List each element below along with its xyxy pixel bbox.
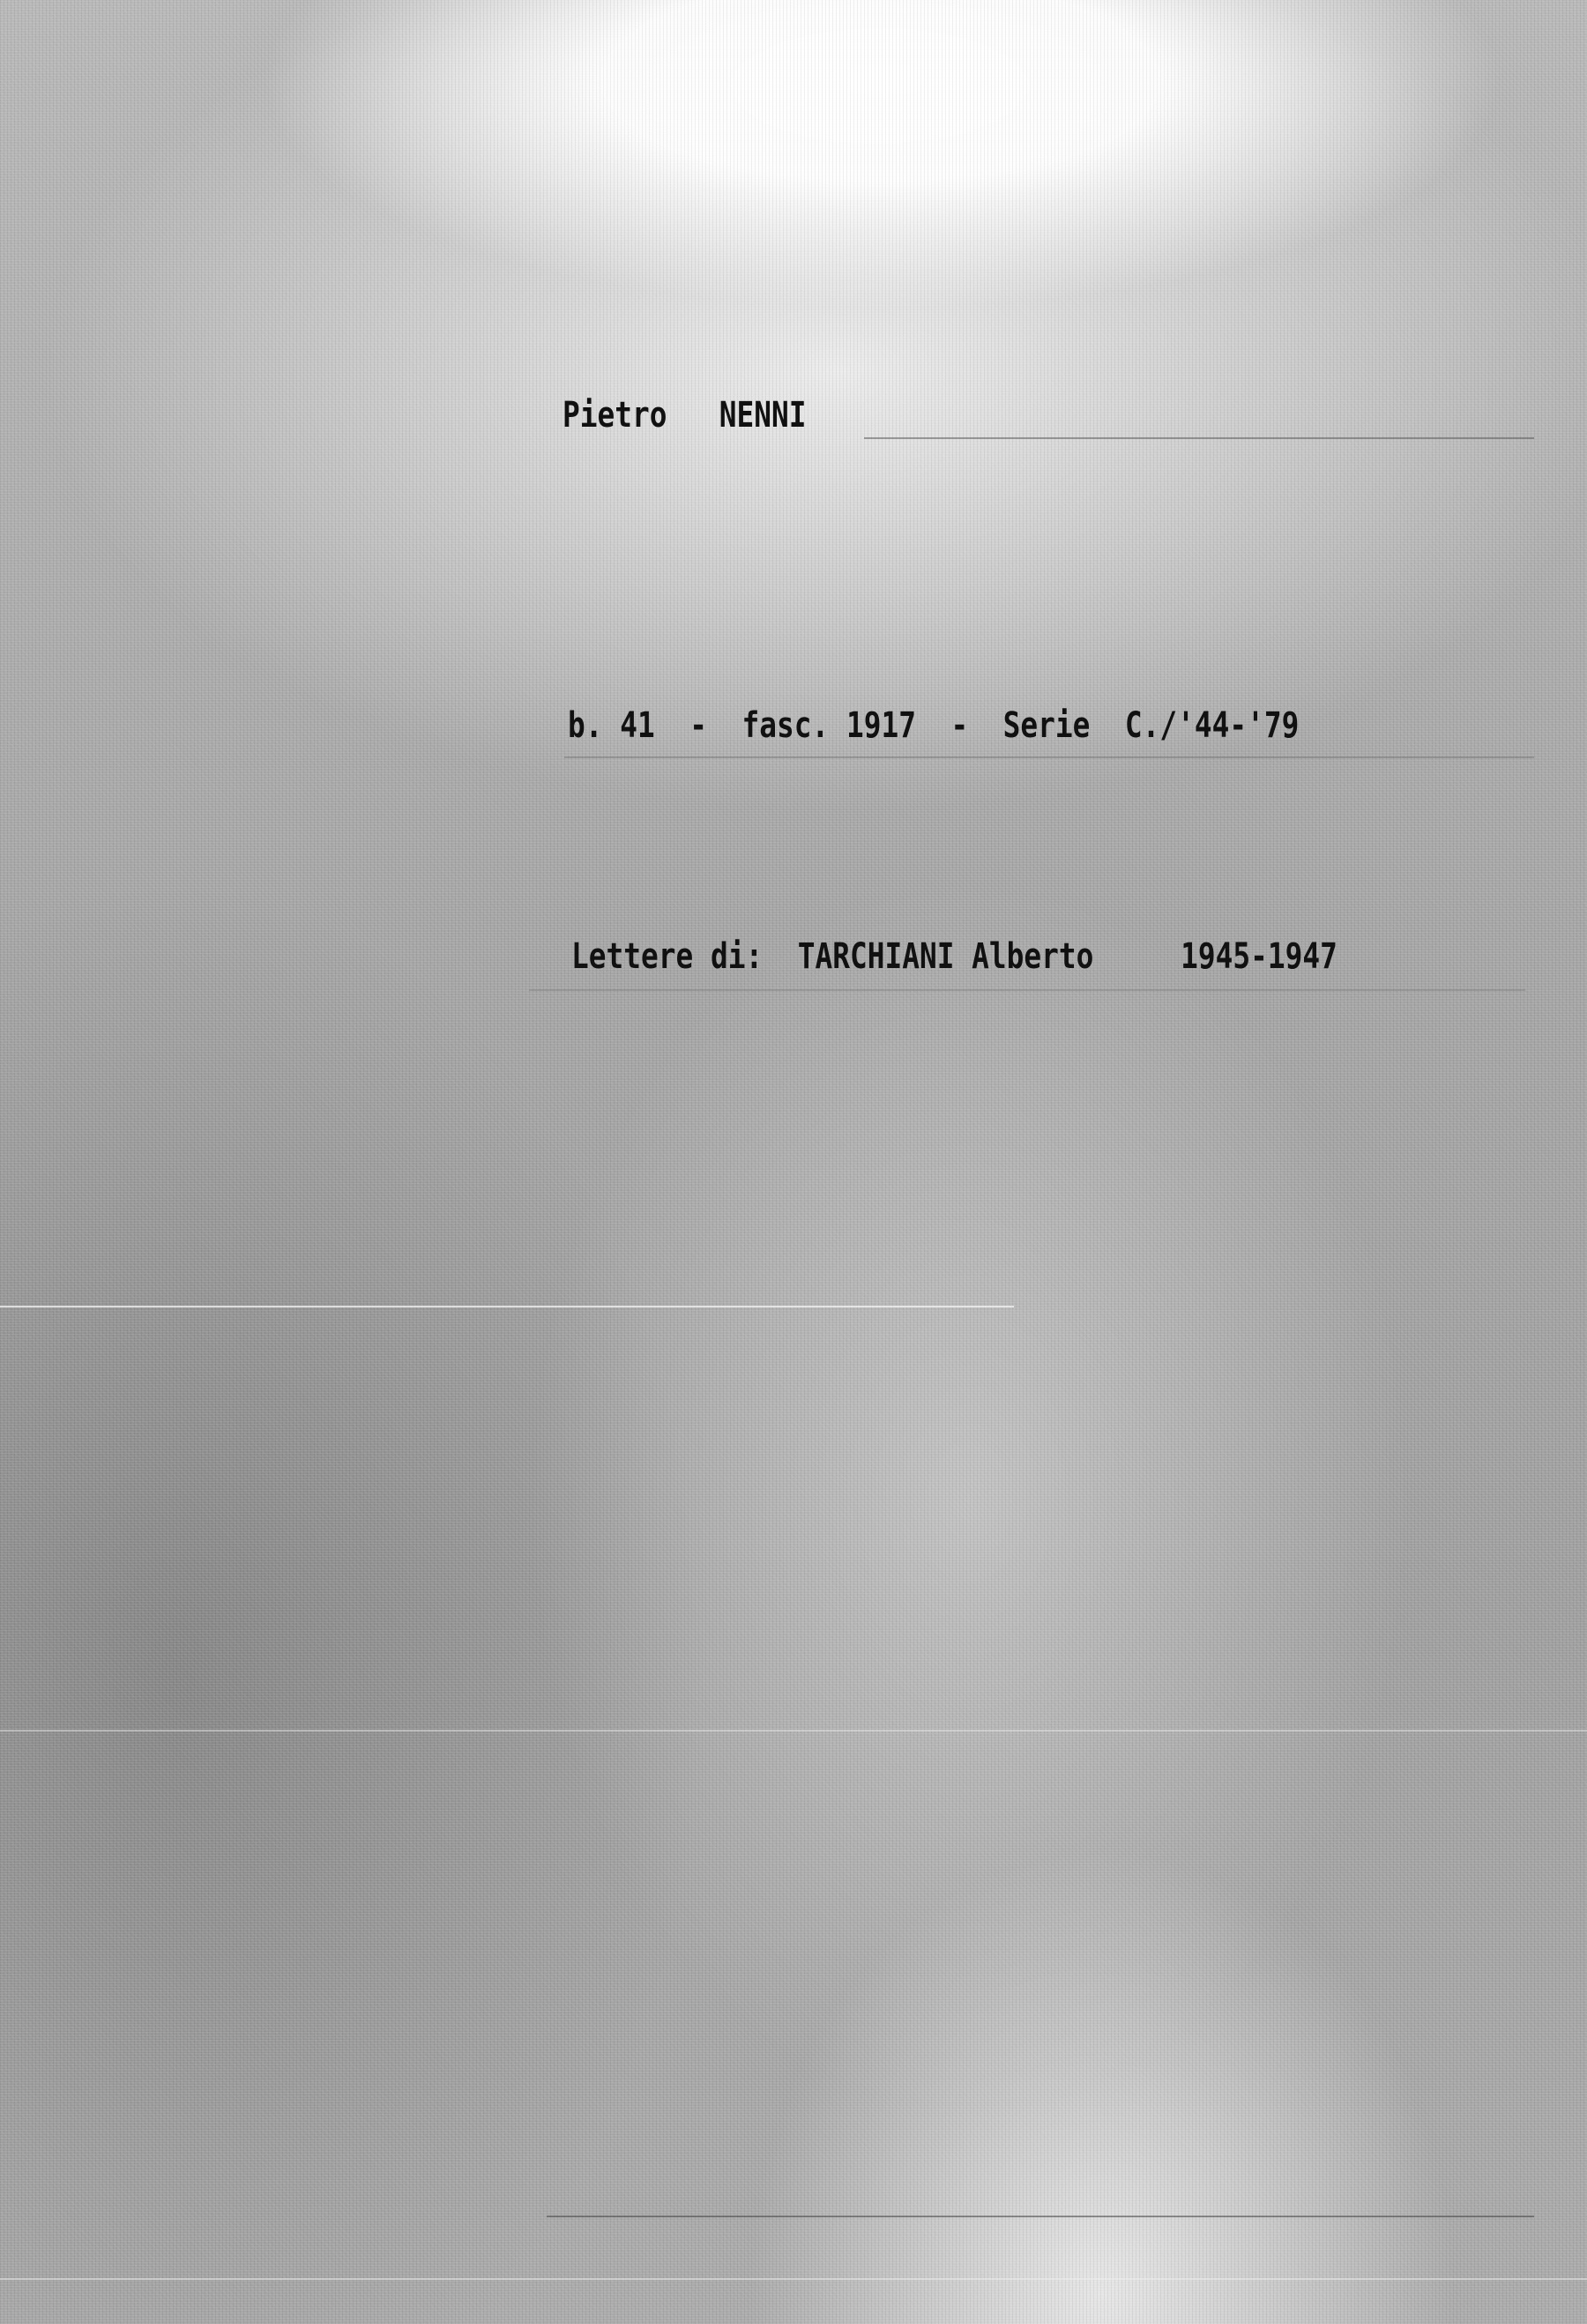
rule-bottom [547, 2216, 1534, 2217]
person-name-line: Pietro NENNI [563, 395, 806, 436]
rule-bottom-light [0, 2278, 1587, 2280]
rule-under-letters [529, 989, 1525, 991]
archive-reference-line: b. 41 - fasc. 1917 - Serie C./'44-'79 [568, 705, 1299, 746]
rule-under-reference [564, 756, 1534, 758]
rule-lower-page [0, 1730, 1587, 1732]
rule-mid-page [0, 1306, 1014, 1307]
letters-from-line: Lettere di: TARCHIANI Alberto 1945-1947 [571, 936, 1337, 977]
rule-under-name [864, 437, 1534, 439]
scanned-page [0, 0, 1587, 2324]
